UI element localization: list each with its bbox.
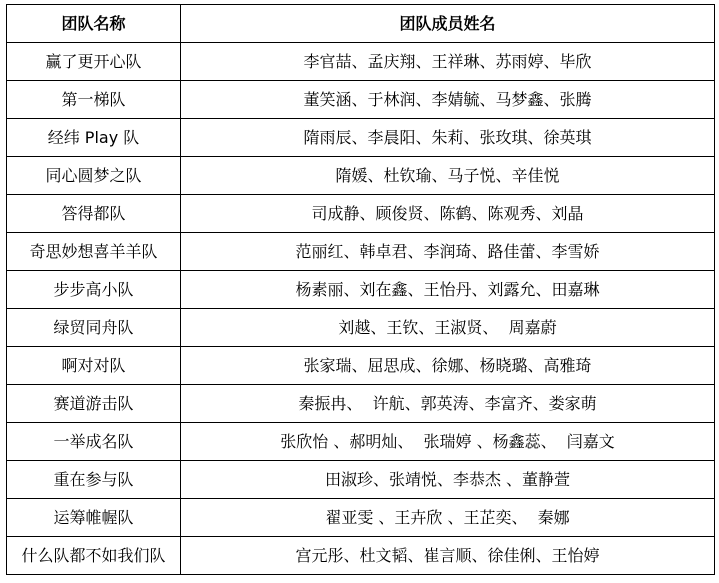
team-roster-table: 团队名称 团队成员姓名 赢了更开心队 李官喆、孟庆翔、王祥琳、苏雨婷、毕欣 第一… bbox=[6, 4, 715, 575]
team-name-cell: 绿贸同舟队 bbox=[7, 309, 181, 347]
members-cell: 司成静、顾俊贤、陈鹤、陈观秀、刘晶 bbox=[181, 195, 715, 233]
table-row: 一举成名队 张欣怡 、郝明灿、 张瑞婷 、杨鑫蕊、 闫嘉文 bbox=[7, 423, 715, 461]
members-cell: 田淑珍、张靖悦、李恭杰 、董静萱 bbox=[181, 461, 715, 499]
members-cell: 刘越、王钦、王淑贤、 周嘉蔚 bbox=[181, 309, 715, 347]
members-cell: 范丽红、韩卓君、李润琦、路佳蕾、李雪娇 bbox=[181, 233, 715, 271]
team-name-cell: 一举成名队 bbox=[7, 423, 181, 461]
team-name-cell: 第一梯队 bbox=[7, 81, 181, 119]
table-row: 什么队都不如我们队 宫元彤、杜文韬、崔言顺、徐佳俐、王怡婷 bbox=[7, 537, 715, 575]
members-cell: 董笑涵、于林润、李婧毓、马梦鑫、张腾 bbox=[181, 81, 715, 119]
header-row: 团队名称 团队成员姓名 bbox=[7, 5, 715, 43]
header-team-name: 团队名称 bbox=[7, 5, 181, 43]
table-row: 经纬 Play 队 隋雨辰、李晨阳、朱莉、张玫琪、徐英琪 bbox=[7, 119, 715, 157]
team-name-cell: 奇思妙想喜羊羊队 bbox=[7, 233, 181, 271]
table-row: 奇思妙想喜羊羊队 范丽红、韩卓君、李润琦、路佳蕾、李雪娇 bbox=[7, 233, 715, 271]
table-row: 啊对对队 张家瑞、屈思成、徐娜、杨晓璐、高雅琦 bbox=[7, 347, 715, 385]
table-row: 赛道游击队 秦振冉、 许航、郭英涛、李富齐、娄家萌 bbox=[7, 385, 715, 423]
team-name-cell: 啊对对队 bbox=[7, 347, 181, 385]
team-name-cell: 答得都队 bbox=[7, 195, 181, 233]
members-cell: 张家瑞、屈思成、徐娜、杨晓璐、高雅琦 bbox=[181, 347, 715, 385]
table-row: 答得都队 司成静、顾俊贤、陈鹤、陈观秀、刘晶 bbox=[7, 195, 715, 233]
table-row: 赢了更开心队 李官喆、孟庆翔、王祥琳、苏雨婷、毕欣 bbox=[7, 43, 715, 81]
team-name-cell: 重在参与队 bbox=[7, 461, 181, 499]
members-cell: 秦振冉、 许航、郭英涛、李富齐、娄家萌 bbox=[181, 385, 715, 423]
team-name-cell: 运筹帷幄队 bbox=[7, 499, 181, 537]
table-row: 重在参与队 田淑珍、张靖悦、李恭杰 、董静萱 bbox=[7, 461, 715, 499]
members-cell: 张欣怡 、郝明灿、 张瑞婷 、杨鑫蕊、 闫嘉文 bbox=[181, 423, 715, 461]
team-name-cell: 赢了更开心队 bbox=[7, 43, 181, 81]
team-name-cell: 步步高小队 bbox=[7, 271, 181, 309]
table-row: 第一梯队 董笑涵、于林润、李婧毓、马梦鑫、张腾 bbox=[7, 81, 715, 119]
team-name-cell: 同心圆梦之队 bbox=[7, 157, 181, 195]
members-cell: 隋媛、杜钦瑜、马子悦、辛佳悦 bbox=[181, 157, 715, 195]
team-name-cell: 什么队都不如我们队 bbox=[7, 537, 181, 575]
members-cell: 宫元彤、杜文韬、崔言顺、徐佳俐、王怡婷 bbox=[181, 537, 715, 575]
team-name-cell: 经纬 Play 队 bbox=[7, 119, 181, 157]
members-cell: 杨素丽、刘在鑫、王怡丹、刘露允、田嘉琳 bbox=[181, 271, 715, 309]
table-row: 绿贸同舟队 刘越、王钦、王淑贤、 周嘉蔚 bbox=[7, 309, 715, 347]
table-row: 运筹帷幄队 翟亚雯 、王卉欣 、王芷奕、 秦娜 bbox=[7, 499, 715, 537]
team-name-cell: 赛道游击队 bbox=[7, 385, 181, 423]
members-cell: 翟亚雯 、王卉欣 、王芷奕、 秦娜 bbox=[181, 499, 715, 537]
table-row: 同心圆梦之队 隋媛、杜钦瑜、马子悦、辛佳悦 bbox=[7, 157, 715, 195]
members-cell: 隋雨辰、李晨阳、朱莉、张玫琪、徐英琪 bbox=[181, 119, 715, 157]
members-cell: 李官喆、孟庆翔、王祥琳、苏雨婷、毕欣 bbox=[181, 43, 715, 81]
table-row: 步步高小队 杨素丽、刘在鑫、王怡丹、刘露允、田嘉琳 bbox=[7, 271, 715, 309]
header-members: 团队成员姓名 bbox=[181, 5, 715, 43]
